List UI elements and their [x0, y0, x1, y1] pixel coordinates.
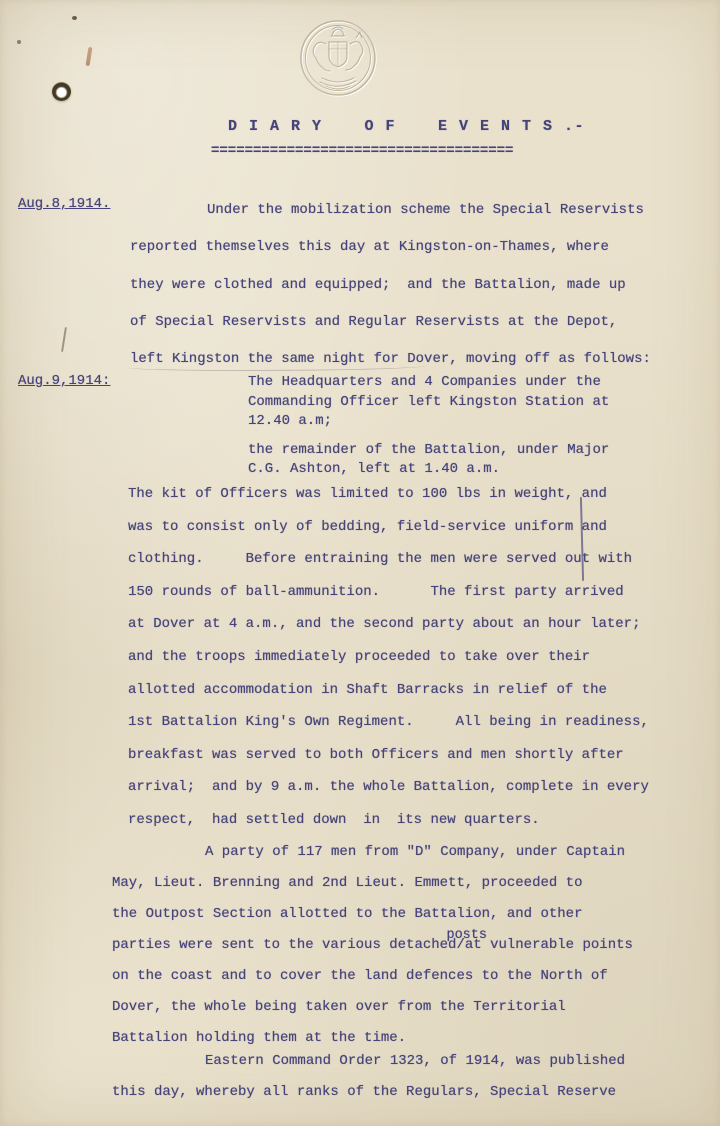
typed-line: the remainder of the Battalion, under Ma…: [248, 441, 678, 461]
typed-line: C.G. Ashton, left at 1.40 a.m.: [248, 460, 678, 480]
typed-line: this day, whereby all ranks of the Regul…: [112, 1077, 712, 1108]
typed-line: reported themselves this day at Kingston…: [130, 229, 690, 266]
typed-line: clothing. Before entraining the men were…: [128, 543, 708, 576]
typed-line: and the troops immediately proceeded to …: [128, 641, 708, 674]
typed-line: arrival; and by 9 a.m. the whole Battali…: [128, 771, 708, 804]
typed-line: breakfast was served to both Officers an…: [128, 739, 708, 772]
ink-speck-mark: [72, 16, 77, 20]
typed-line: Commanding Officer left Kingston Station…: [248, 393, 678, 413]
punch-hole: [52, 82, 71, 101]
war-diary-page: D I A R Y O F E V E N T S .- ===========…: [0, 0, 720, 1126]
typed-line: was to consist only of bedding, field-se…: [128, 511, 708, 544]
royal-crest-icon: [296, 16, 380, 102]
rust-stain-mark: [86, 47, 93, 66]
typed-line: on the coast and to cover the land defen…: [112, 961, 712, 992]
typed-line: 1st Battalion King's Own Regiment. All b…: [128, 706, 708, 739]
typed-line: 150 rounds of ball-ammunition. The first…: [128, 576, 708, 609]
typed-line: The Headquarters and 4 Companies under t…: [248, 373, 678, 393]
paragraph-outpost-parties: A party of 117 men from "D" Company, und…: [112, 837, 712, 1054]
title-underline: ====================================: [211, 143, 513, 159]
typed-line: Eastern Command Order 1323, of 1914, was…: [112, 1046, 712, 1077]
inserted-word-above-line: posts: [446, 920, 487, 951]
entry-date-aug8: Aug.8,1914.: [18, 196, 110, 212]
typed-line: The kit of Officers was limited to 100 l…: [128, 478, 708, 511]
typed-line: they were clothed and equipped; and the …: [130, 267, 690, 304]
typed-line: May, Lieut. Brenning and 2nd Lieut. Emme…: [112, 868, 712, 899]
paragraph-eastern-command-order: Eastern Command Order 1323, of 1914, was…: [112, 1046, 712, 1108]
typed-line: A party of 117 men from "D" Company, und…: [112, 837, 712, 868]
movement-block-remainder: the remainder of the Battalion, under Ma…: [248, 441, 678, 480]
typed-line: the Outpost Section allotted to the Batt…: [112, 899, 712, 930]
typed-line-with-insertion: parties were sent to the various detache…: [112, 930, 712, 961]
typed-line: 12.40 a.m;: [248, 412, 678, 432]
typed-line: Dover, the whole being taken over from t…: [112, 992, 712, 1023]
typed-line: allotted accommodation in Shaft Barracks…: [128, 674, 708, 707]
document-title: D I A R Y O F E V E N T S .-: [228, 118, 585, 135]
movement-block-headquarters: The Headquarters and 4 Companies under t…: [248, 373, 678, 432]
entry-aug9-body: The Headquarters and 4 Companies under t…: [248, 373, 678, 489]
typed-line: at Dover at 4 a.m., and the second party…: [128, 608, 708, 641]
entry-date-aug9: Aug.9,1914:: [18, 373, 110, 389]
typed-line-segment: parties were sent to the various detache…: [112, 937, 456, 953]
typed-line: of Special Reservists and Regular Reserv…: [130, 304, 690, 341]
typed-line: Under the mobilization scheme the Specia…: [130, 192, 690, 229]
pencil-slash-mark: [61, 327, 67, 352]
ink-speck-mark: [17, 40, 21, 44]
typed-line: respect, had settled down in its new qua…: [128, 804, 708, 837]
insertion-anchor: posts/at vulnerable points: [456, 937, 632, 953]
paragraph-kit-and-arrival: The kit of Officers was limited to 100 l…: [128, 478, 708, 837]
entry-aug8-body: Under the mobilization scheme the Specia…: [130, 192, 690, 378]
